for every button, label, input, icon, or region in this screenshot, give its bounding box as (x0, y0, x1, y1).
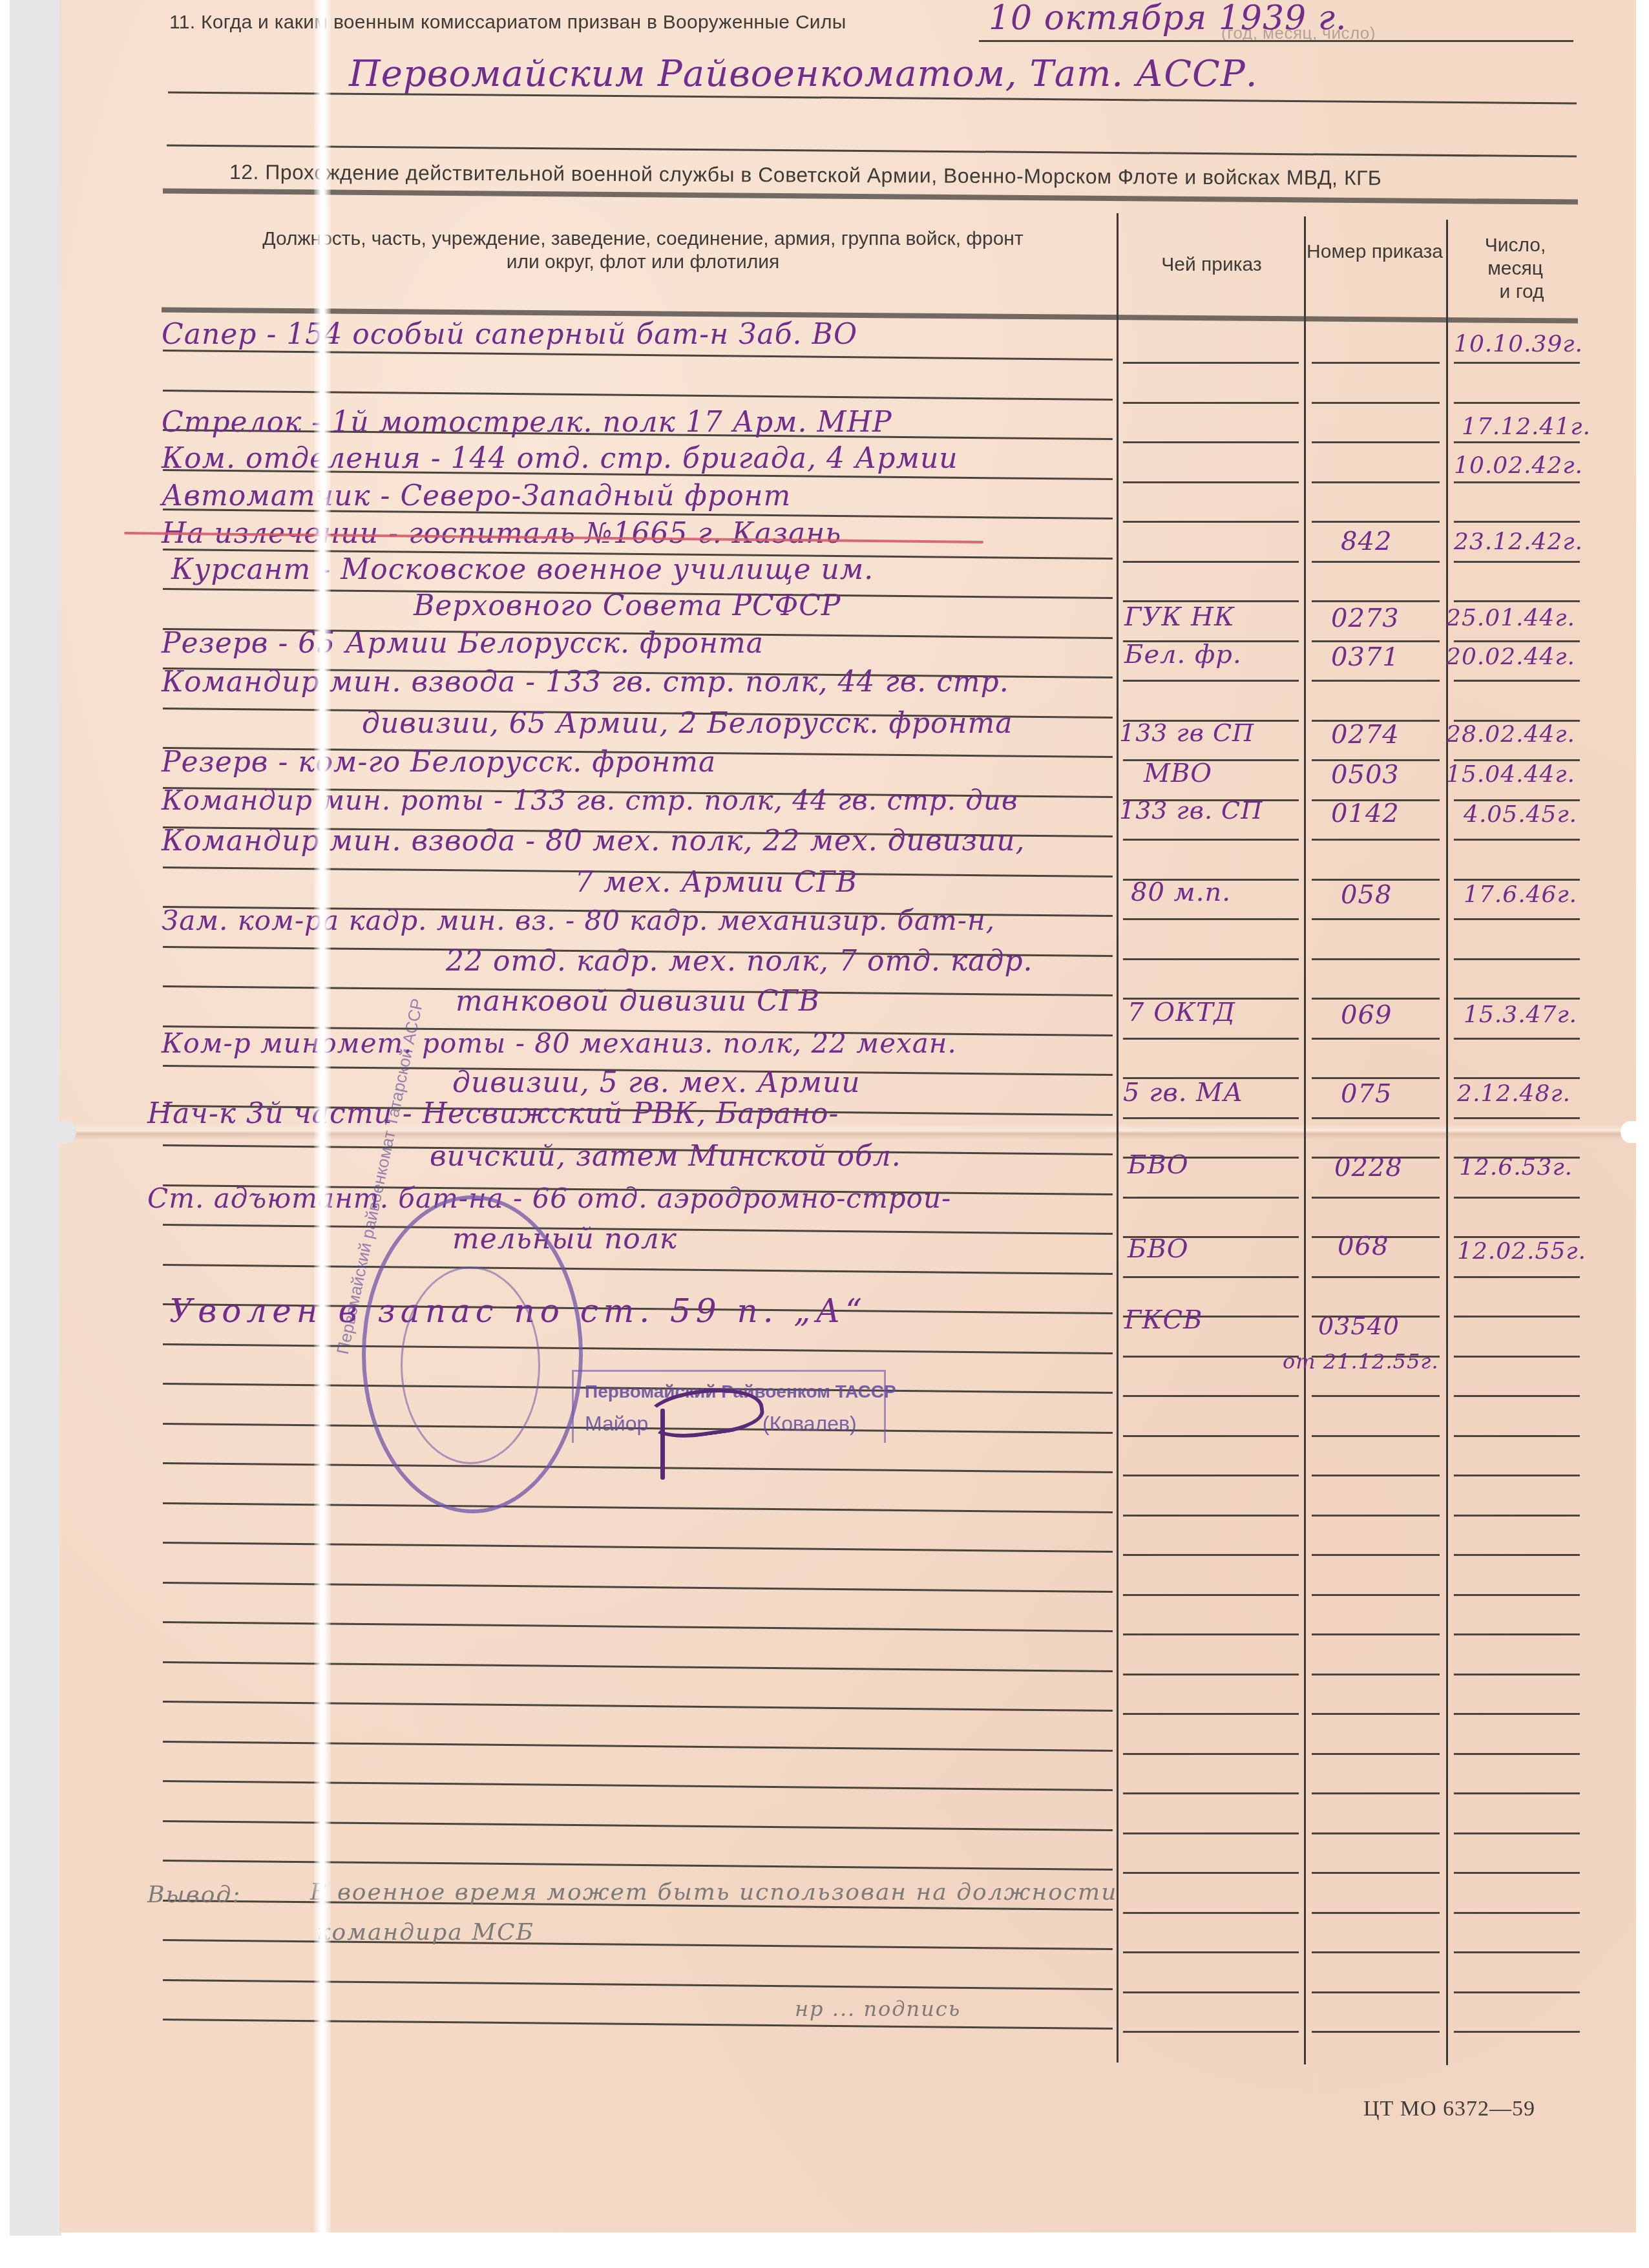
ruled-line (1454, 1792, 1580, 1794)
entry-13: Командир мин. взвода - 80 мех. полк, 22 … (162, 824, 1025, 857)
ruled-line (1454, 640, 1580, 642)
header-position: Должность, часть, учреждение, заведение,… (252, 227, 1034, 274)
entry-12-number: 0142 (1331, 799, 1400, 828)
ruled-line (1123, 1276, 1299, 1278)
ruled-line (1454, 2031, 1580, 2033)
ruled-line (1123, 1435, 1299, 1437)
ruled-line (1312, 998, 1440, 1000)
entry-12-issuer: 133 гв. СП (1119, 796, 1263, 824)
entry-22: Ст. адъютант. бат-на - 66 отд. аэродромн… (147, 1182, 951, 1214)
ruled-line (1454, 1594, 1580, 1596)
entry-19-date: 2.12.48г. (1457, 1080, 1571, 1107)
ruled-line (1123, 1753, 1299, 1755)
ruled-line (1312, 680, 1440, 682)
entry-19: дивизии, 5 гв. мех. Армии (452, 1066, 861, 1099)
ruled-line (1312, 1753, 1440, 1755)
ruled-line (1123, 1912, 1299, 1914)
entry-5-number: 842 (1341, 527, 1392, 556)
entry-12: Командир мин. роты - 133 гв. стр. полк, … (162, 784, 1018, 816)
header-date-1: Число, (1447, 234, 1583, 257)
entry-15: Зам. ком-ра кадр. мин. вз. - 80 кадр. ме… (162, 905, 995, 936)
ruled-line (1123, 1395, 1299, 1397)
entry-14-number: 058 (1341, 880, 1392, 910)
ruled-line (1454, 918, 1580, 920)
ruled-line (1454, 1515, 1580, 1517)
ruled-line (1454, 1633, 1580, 1635)
ruled-line (1123, 402, 1299, 404)
ruled-line (1312, 1594, 1440, 1596)
ruled-line (1123, 1633, 1299, 1635)
ruled-line (1454, 1713, 1580, 1715)
ruled-line (1312, 441, 1440, 443)
ruled-line (1454, 879, 1580, 881)
ruled-line (1454, 521, 1580, 523)
entry-8-number: 0371 (1331, 642, 1400, 672)
ruled-line (1312, 839, 1440, 841)
ruled-line (1454, 958, 1580, 960)
section11-label: 11. Когда и каким военным комиссариатом … (169, 12, 846, 34)
entry-7-number: 0273 (1331, 604, 1400, 633)
fold-notch-right (1621, 1121, 1640, 1143)
entry-20: Нач-к 3й части - Несвижский РВК, Барано- (147, 1097, 839, 1130)
ruled-line (1312, 1792, 1440, 1794)
entry-17-number: 069 (1341, 1000, 1392, 1030)
entry-8-date: 20.02.44г. (1446, 644, 1575, 670)
entry-24-order-date: от 21.12.55г. (1283, 1349, 1439, 1374)
entry-14-issuer: 80 м.п. (1131, 877, 1231, 907)
ruled-line (1312, 1991, 1440, 1993)
ruled-line (1454, 1475, 1580, 1476)
ruled-line (1454, 1117, 1580, 1119)
col-divider-number (1304, 216, 1306, 2064)
ruled-line (1454, 1832, 1580, 1834)
entry-17-date: 15.3.47г. (1464, 1002, 1577, 1028)
entry-7: Верховного Совета РСФСР (414, 589, 841, 622)
ruled-line (1123, 481, 1299, 483)
ruled-line (1123, 1515, 1299, 1517)
ruled-line (1312, 561, 1440, 563)
ruled-line (1454, 1872, 1580, 1874)
ruled-line (1454, 839, 1580, 841)
entry-24-number: 03540 (1318, 1312, 1400, 1340)
ruled-line (1312, 1872, 1440, 1874)
ruled-line (1123, 1475, 1299, 1476)
round-stamp-inner-ring (401, 1266, 540, 1464)
ruled-line (1312, 1951, 1440, 1953)
ruled-line (1312, 1633, 1440, 1635)
entry-7-date: 25.01.44г. (1446, 605, 1575, 631)
ruled-line (1454, 1197, 1580, 1199)
ruled-line (1454, 1435, 1580, 1437)
ruled-line (1454, 1912, 1580, 1914)
entry-9: Командир мин. взвода - 133 гв. стр. полк… (162, 666, 1009, 698)
pencil-note-line2: командира МСБ (317, 1919, 534, 1946)
ruled-line (1123, 918, 1299, 920)
col-divider-date (1446, 220, 1448, 2065)
entry-4: Автоматчик - Северо-Западный фронт (162, 479, 791, 512)
ruled-line (1454, 680, 1580, 682)
ruled-line (1123, 1792, 1299, 1794)
ruled-line (1123, 958, 1299, 960)
ruled-line (1123, 561, 1299, 563)
ruled-line (1454, 1674, 1580, 1675)
ruled-line (1312, 1515, 1440, 1517)
entry-11: Резерв - ком-го Белорусск. фронта (162, 746, 716, 779)
ruled-line (1454, 481, 1580, 483)
ruled-line (1123, 362, 1299, 364)
entry-12-date: 4.05.45г. (1464, 801, 1577, 828)
pencil-signature: нр ... подпись (795, 1997, 961, 2021)
entry-1: Сапер - 154 особый саперный бат-н Заб. В… (162, 318, 857, 351)
ruled-line (1123, 1674, 1299, 1675)
ruled-line (1454, 1554, 1580, 1556)
ruled-line (1123, 1713, 1299, 1715)
entry-5-date: 23.12.42г. (1454, 529, 1583, 555)
entry-17: танковой дивизии СГВ (456, 985, 820, 1018)
entry-2: Стрелок - 1й мотострелк. полк 17 Арм. МН… (162, 406, 892, 439)
scan-light-streak (314, 0, 331, 2232)
ruled-line (1123, 1594, 1299, 1596)
ruled-line (1312, 1435, 1440, 1437)
ruled-line (1454, 1077, 1580, 1079)
ruled-line (1312, 1038, 1440, 1040)
entry-16: 22 отд. кадр. мех. полк, 7 отд. кадр. (446, 945, 1033, 978)
entry-10: дивизии, 65 Армии, 2 Белорусск. фронта (362, 707, 1013, 740)
ruled-line (1123, 1356, 1299, 1358)
ruled-line (1312, 1554, 1440, 1556)
ruled-line (1312, 362, 1440, 364)
entry-21-number: 0228 (1334, 1153, 1403, 1182)
entry-8: Резерв - 65 Армии Белорусск. фронта (162, 627, 764, 660)
ruled-line (1123, 521, 1299, 523)
ruled-line (1454, 362, 1580, 364)
ruled-line (1454, 561, 1580, 563)
ruled-line (1312, 1197, 1440, 1199)
entry-24-issuer: ГКСВ (1124, 1305, 1203, 1335)
header-order-number: Номер приказа (1305, 240, 1444, 264)
entry-2-date: 17.12.41г. (1462, 414, 1591, 440)
ruled-line (1454, 1991, 1580, 1993)
entry-21-issuer: БВО (1128, 1150, 1189, 1180)
header-issuer: Чей приказ (1121, 253, 1302, 277)
ruled-line (1123, 680, 1299, 682)
ruled-line (1123, 1038, 1299, 1040)
form-code: ЦТ МО 6372—59 (1363, 2097, 1535, 2121)
ruled-line (1123, 839, 1299, 841)
ruled-line (1454, 1276, 1580, 1278)
entry-6: Курсант - Московское военное училище им. (171, 553, 874, 586)
ruled-line (1312, 521, 1440, 523)
entry-21: вичский, затем Минской обл. (430, 1140, 901, 1173)
ruled-line (1312, 1117, 1440, 1119)
entry-18: Ком-р миномет. роты - 80 механиз. полк, … (162, 1027, 957, 1059)
ruled-line (1123, 1991, 1299, 1993)
entry-10-number: 0274 (1331, 720, 1400, 750)
ruled-line (1123, 1951, 1299, 1953)
pencil-note-line1: В военное время может быть использован н… (310, 1879, 1117, 1906)
header-date-3: и год (1454, 280, 1590, 304)
ruled-line (1312, 1475, 1440, 1476)
entry-14: 7 мех. Армии СГВ (575, 866, 857, 899)
ruled-line (1123, 441, 1299, 443)
scan-margin (10, 0, 61, 2236)
ruled-line (1123, 1197, 1299, 1199)
section11-commissariat: Первомайским Райвоенкоматом, Тат. АССР. (349, 53, 1257, 95)
ruled-line (1312, 1276, 1440, 1278)
ruled-line (1123, 2031, 1299, 2033)
ruled-line (1312, 1713, 1440, 1715)
entry-7-issuer: ГУК НК (1124, 602, 1235, 632)
entry-3: Ком. отделения - 144 отд. стр. бригада, … (162, 442, 958, 475)
ruled-line (1454, 1753, 1580, 1755)
entry-23-issuer: БВО (1128, 1234, 1189, 1264)
ruled-line (1454, 1316, 1580, 1318)
ruled-line (1312, 1912, 1440, 1914)
entry-23-date: 12.02.55г. (1457, 1238, 1586, 1265)
ruled-line (1123, 1554, 1299, 1556)
entry-3-date: 10.02.42г. (1454, 452, 1583, 479)
ruled-line (1123, 1872, 1299, 1874)
entry-19-issuer: 5 гв. МА (1123, 1078, 1243, 1108)
entry-21-date: 12.6.53г. (1459, 1154, 1573, 1181)
ruled-line (1312, 2031, 1440, 2033)
ruled-line (1123, 1832, 1299, 1834)
ruled-line (1312, 918, 1440, 920)
rect-stamp-name: (Ковалев) (762, 1412, 857, 1436)
ruled-line (1454, 1038, 1580, 1040)
ruled-line (1312, 481, 1440, 483)
ruled-line (1454, 998, 1580, 1000)
ruled-line (1312, 402, 1440, 404)
entry-14-date: 17.6.46г. (1464, 881, 1577, 908)
entry-8-issuer: Бел. фр. (1124, 640, 1242, 669)
ruled-line (1454, 600, 1580, 602)
entry-1-date: 10.10.39г. (1454, 331, 1583, 357)
entry-19-number: 075 (1341, 1079, 1392, 1109)
ruled-line (1454, 1395, 1580, 1397)
ruled-line (1454, 1951, 1580, 1953)
ruled-line (1454, 441, 1580, 443)
pencil-note-label: Вывод: (147, 1882, 241, 1908)
entry-11-number: 0503 (1331, 760, 1400, 790)
ruled-line (1312, 1832, 1440, 1834)
entry-17-issuer: 7 ОКТД (1128, 998, 1235, 1027)
col-divider-issuer (1117, 213, 1119, 2063)
ink-signature-stroke (660, 1409, 665, 1480)
ruled-line (1454, 1356, 1580, 1358)
rect-stamp-rank: Майор (585, 1412, 648, 1436)
header-date-2: месяц (1447, 257, 1583, 280)
entry-23-number: 068 (1338, 1232, 1389, 1261)
entry-11-date: 15.04.44г. (1446, 761, 1575, 788)
ruled-line (1312, 600, 1440, 602)
entry-10-date: 28.02.44г. (1446, 721, 1575, 748)
section11-date-line (979, 40, 1573, 42)
entry-10-issuer: 133 гв СП (1119, 719, 1254, 747)
ruled-line (1312, 1674, 1440, 1675)
ruled-line (1312, 1395, 1440, 1397)
ruled-line (1312, 958, 1440, 960)
ruled-line (1454, 402, 1580, 404)
entry-11-issuer: МВО (1144, 759, 1212, 788)
ruled-line (1123, 1117, 1299, 1119)
fold-notch-left (59, 1121, 76, 1143)
